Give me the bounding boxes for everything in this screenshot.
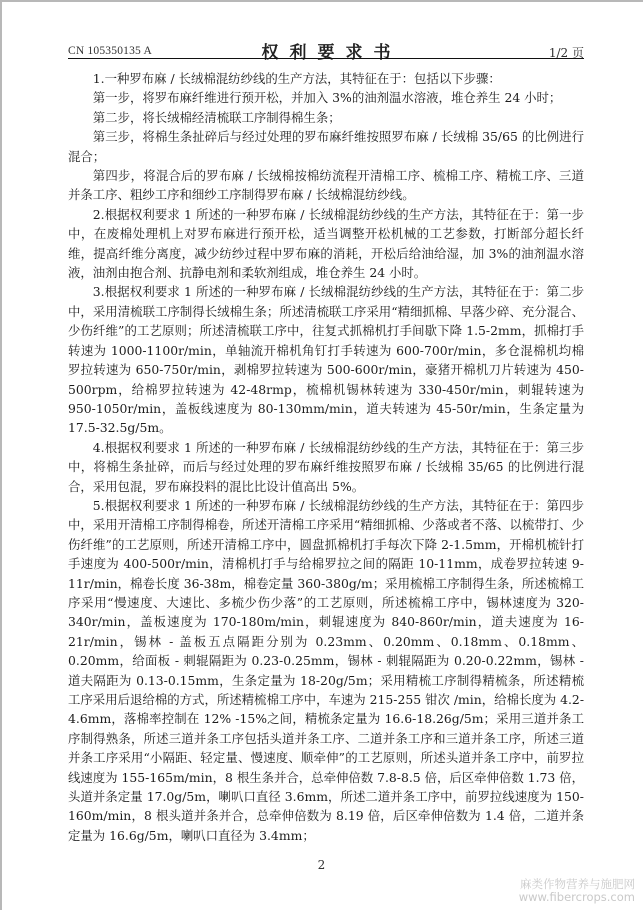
claim-5: 5.根据权利要求 1 所述的一种罗布麻 / 长绒棉混纺纱线的生产方法，其特征在于… <box>68 496 584 845</box>
document-header: CN 105350135 A 权利要求书 1/2 页 <box>68 38 584 58</box>
watermark-url: www.fibercrops.com <box>519 891 635 904</box>
claim-1-intro: 1.一种罗布麻 / 长绒棉混纺纱线的生产方法，其特征在于：包括以下步骤： <box>68 69 584 88</box>
claims-body: 1.一种罗布麻 / 长绒棉混纺纱线的生产方法，其特征在于：包括以下步骤： 第一步… <box>68 69 584 845</box>
claim-2: 2.根据权利要求 1 所述的一种罗布麻 / 长绒棉混纺纱线的生产方法，其特征在于… <box>68 205 584 283</box>
claim-1-step-4: 第四步，将混合后的罗布麻 / 长绒棉按棉纺流程开清棉工序、梳棉工序、精梳工序、三… <box>68 166 584 205</box>
claim-1-step-2: 第二步，将长绒棉经清梳联工序制得棉生条； <box>68 108 584 127</box>
header-divider <box>68 58 584 59</box>
watermark: 麻类作物营养与施肥网 www.fibercrops.com <box>519 878 635 904</box>
claim-1-step-1: 第一步，将罗布麻纤维进行预开松，并加入 3%的油剂温水溶液，堆仓养生 24 小时… <box>68 88 584 107</box>
page-title: 权利要求书 <box>68 38 584 63</box>
claim-4: 4.根据权利要求 1 所述的一种罗布麻 / 长绒棉混纺纱线的生产方法，其特征在于… <box>68 438 584 496</box>
claim-1-step-3: 第三步，将棉生条扯碎后与经过处理的罗布麻纤维按照罗布麻 / 长绒棉 35/65 … <box>68 127 584 166</box>
page-number: 2 <box>0 858 643 872</box>
claim-3: 3.根据权利要求 1 所述的一种罗布麻 / 长绒棉混纺纱线的生产方法，其特征在于… <box>68 282 584 437</box>
